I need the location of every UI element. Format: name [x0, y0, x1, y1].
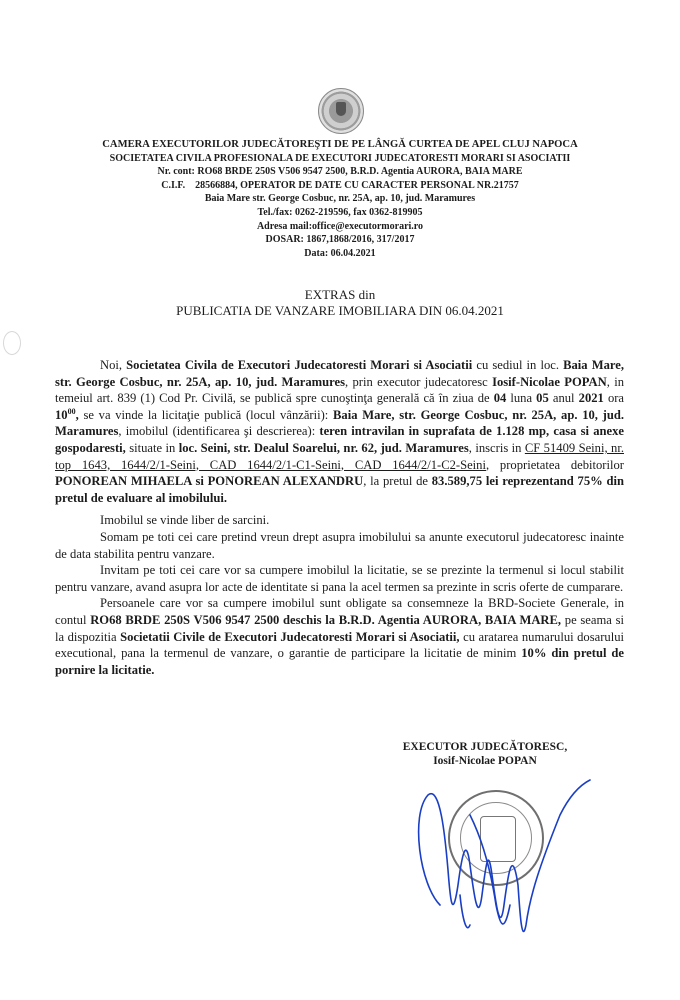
sale-year: 2021: [579, 391, 604, 405]
romania-coat-of-arms-emblem-icon: [318, 88, 364, 134]
signer-role: EXECUTOR JUDECĂTORESC,: [380, 740, 590, 754]
text: Noi,: [100, 358, 126, 372]
text: cu sediul in loc.: [472, 358, 563, 372]
paragraph-deposit: Persoanele care vor sa cumpere imobilul …: [55, 595, 624, 678]
sale-month: 05: [536, 391, 549, 405]
text: luna: [506, 391, 536, 405]
title-line-2: PUBLICATIA DE VANZARE IMOBILIARA DIN 06.…: [40, 303, 640, 319]
paragraph-summons: Somam pe toti cei care pretind vreun dre…: [55, 529, 624, 562]
sale-day: 04: [494, 391, 507, 405]
company-name: Societatii Civile de Executori Judecator…: [120, 630, 460, 644]
company-name: Societatea Civila de Executori Judecator…: [126, 358, 472, 372]
shield-icon: [336, 102, 346, 116]
text: , proprietatea debitorilor: [486, 458, 624, 472]
paragraph-no-encumbrances: Imobilul se vinde liber de sarcini.: [55, 512, 624, 529]
letterhead-phone: Tel./fax: 0262-219596, fax 0362-819905: [40, 206, 640, 220]
text: se va vinde la licitaţie publică (locul …: [79, 408, 333, 422]
document-title: EXTRAS din PUBLICATIA DE VANZARE IMOBILI…: [40, 287, 640, 319]
text: , la pretul de: [363, 474, 432, 488]
text: ora: [604, 391, 624, 405]
letterhead-company: SOCIETATEA CIVILA PROFESIONALA DE EXECUT…: [40, 152, 640, 166]
signature-block: EXECUTOR JUDECĂTORESC, Iosif-Nicolae POP…: [380, 740, 590, 768]
handwritten-signature-icon: [400, 775, 600, 955]
text: , prin executor judecatoresc: [345, 375, 492, 389]
property-location: loc. Seini, str. Dealul Soarelui, nr. 62…: [179, 441, 469, 455]
letterhead-case-number: DOSAR: 1867,1868/2016, 317/2017: [40, 233, 640, 247]
signer-name: Iosif-Nicolae POPAN: [380, 754, 590, 768]
paragraph-invitation: Invitam pe toti cei care vor sa cumpere …: [55, 562, 624, 595]
letterhead-address: Baia Mare str. George Cosbuc, nr. 25A, a…: [40, 192, 640, 206]
text: , imobilul (identificarea şi descrierea)…: [118, 424, 319, 438]
letterhead-email: Adresa mail:office@executormorari.ro: [40, 220, 640, 234]
text: anul: [549, 391, 579, 405]
executor-name: Iosif-Nicolae POPAN: [492, 375, 607, 389]
text: situate in: [126, 441, 179, 455]
letterhead: CAMERA EXECUTORILOR JUDECĂTOREŞTI DE PE …: [40, 138, 640, 260]
letterhead-date: Data: 06.04.2021: [40, 247, 640, 261]
title-line-1: EXTRAS din: [40, 287, 640, 303]
scan-margin-mark: [3, 331, 21, 355]
sale-minutes: 00: [68, 407, 76, 416]
bank-account: RO68 BRDE 250S V506 9547 2500 deschis la…: [90, 613, 561, 627]
letterhead-cif: C.I.F. 28566884, OPERATOR DE DATE CU CAR…: [40, 179, 640, 193]
document-body: Noi, Societatea Civila de Executori Jude…: [55, 357, 624, 678]
debtor-names: PONOREAN MIHAELA si PONOREAN ALEXANDRU: [55, 474, 363, 488]
letterhead-chamber: CAMERA EXECUTORILOR JUDECĂTOREŞTI DE PE …: [40, 138, 640, 152]
text: , inscris in: [469, 441, 525, 455]
paragraph-sale-notice: Noi, Societatea Civila de Executori Jude…: [55, 357, 624, 506]
letterhead-bank-account: Nr. cont: RO68 BRDE 250S V506 9547 2500,…: [40, 165, 640, 179]
sale-hour: 10: [55, 408, 68, 422]
